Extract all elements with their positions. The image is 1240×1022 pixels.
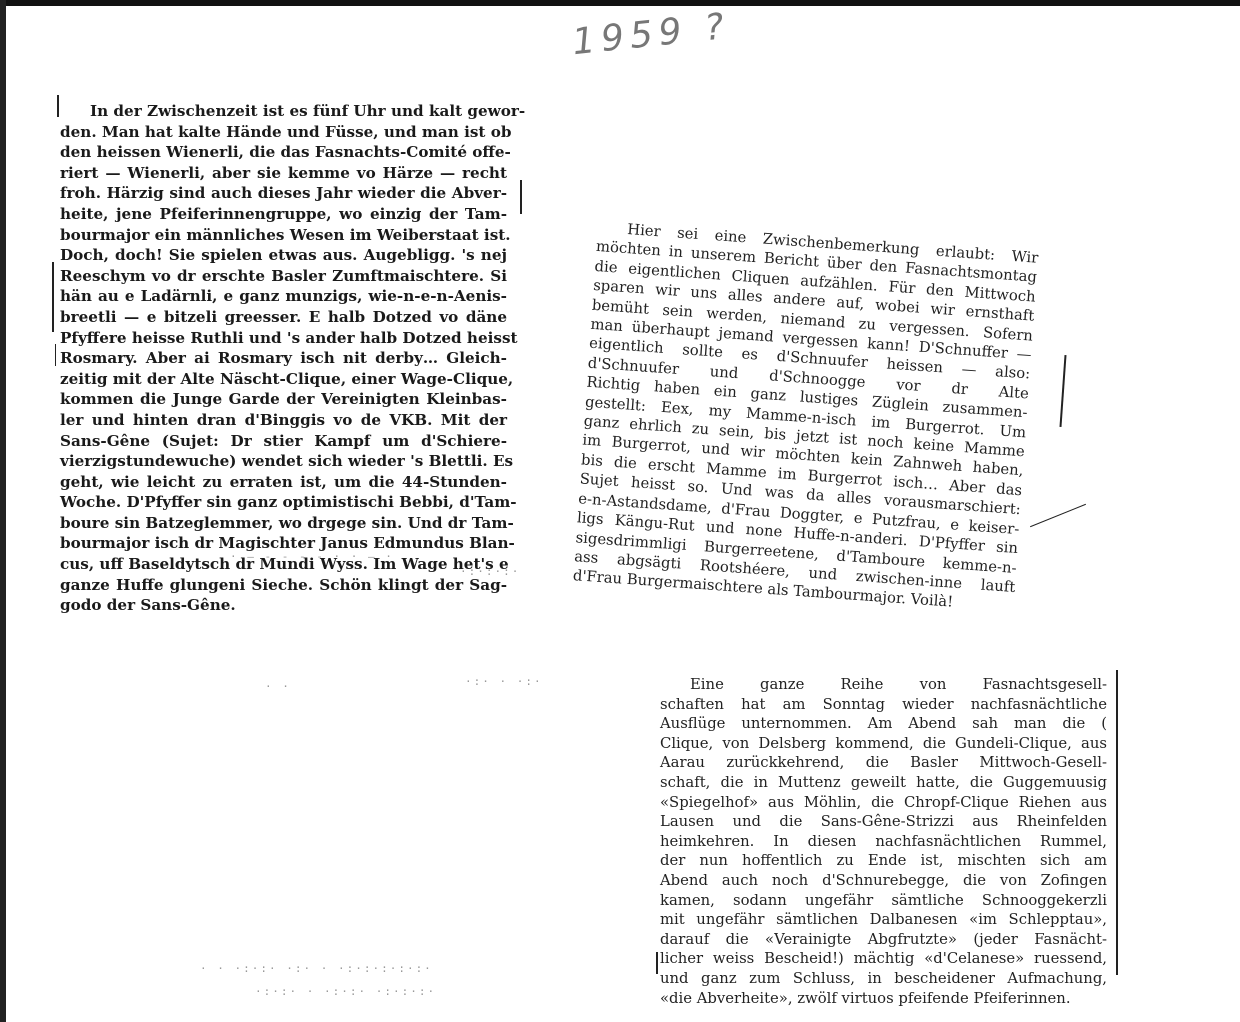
text-line: «die Abverheite», zwölf virtuos pfeifend… [660, 989, 1107, 1009]
faded-print: · · [265, 680, 291, 693]
pen-stroke [1030, 504, 1086, 527]
text-line: Rosmary. Aber ai Rosmary isch nit derby…… [60, 348, 507, 369]
faded-print: · — - - - - · · — · [230, 550, 394, 563]
text-line: bourmajor ein männliches Wesen im Weiber… [60, 225, 507, 246]
text-line: Clique, von Delsberg kommend, die Gundel… [660, 734, 1107, 754]
margin-mark [1059, 355, 1066, 427]
text-line: Sans-Gêne (Sujet: Dr stier Kampf um d'Sc… [60, 431, 507, 452]
text-line: breetli — e bitzeli greesser. E halb Dot… [60, 307, 507, 328]
article-clipping-1: In der Zwischenzeit ist es fünf Uhr und … [60, 101, 507, 616]
text-line: ler und hinten dran d'Binggis vo de VKB.… [60, 410, 507, 431]
text-line: darauf die «Verainigte Abgfrutzte» (jede… [660, 930, 1107, 950]
text-line: «Spiegelhof» aus Möhlin, die Chropf-Cliq… [660, 793, 1107, 813]
margin-mark [520, 180, 522, 214]
text-line: den heissen Wienerli, die das Fasnachts-… [60, 142, 507, 163]
text-line: froh. Härzig sind auch dieses Jahr wiede… [60, 183, 507, 204]
scan-top-edge [0, 0, 1240, 6]
text-line: geht, wie leicht zu erraten ist, um die … [60, 472, 507, 493]
text-line: Abend auch noch d'Schnurebegge, die von … [660, 871, 1107, 891]
faded-print: ·:·:· · ·:·:· ·:·:·:· [255, 985, 436, 998]
text-line: und ganz zum Schluss, in bescheidener Au… [660, 969, 1107, 989]
text-line: Reeschym vo dr erschte Basler Zumftmaisc… [60, 266, 507, 287]
text-line: licher weiss Bescheid!) mächtig «d'Celan… [660, 949, 1107, 969]
text-line: heimkehren. In diesen nachfasnächtlichen… [660, 832, 1107, 852]
margin-mark [656, 952, 658, 974]
text-line: Ausflüge unternommen. Am Abend sah man d… [660, 714, 1107, 734]
text-line: Woche. D'Pfyffer sin ganz optimistischi … [60, 492, 507, 513]
text-line: Pfyffere heisse Ruthli und 's ander halb… [60, 328, 507, 349]
text-line: vierzigstundewuche) wendet sich wieder '… [60, 451, 507, 472]
text-line: boure sin Batzeglemmer, wo drgege sin. U… [60, 513, 507, 534]
faded-print: · · ·:·:· ·:· · ·:·:·:·:·:· [200, 962, 433, 975]
text-line: heite, jene Pfeiferinnengruppe, wo einzi… [60, 204, 507, 225]
text-line: riert — Wienerli, aber sie kemme vo Härz… [60, 163, 507, 184]
text-line: In der Zwischenzeit ist es fünf Uhr und … [60, 101, 507, 122]
text-line: Doch, doch! Sie spielen etwas aus. Augeb… [60, 245, 507, 266]
article-clipping-3: Eine ganze Reihe von Fasnachtsgesell-sch… [660, 675, 1107, 1008]
text-line: kamen, sodann ungefähr sämtliche Schnoog… [660, 891, 1107, 911]
text-line: der nun hoffentlich zu Ende ist, mischte… [660, 851, 1107, 871]
text-line: schaften hat am Sonntag wieder nachfasnä… [660, 695, 1107, 715]
margin-mark [55, 344, 56, 366]
margin-mark [52, 262, 54, 332]
article-clipping-2: Hier sei eine Zwischenbemerkung erlaubt:… [572, 218, 1039, 617]
text-line: ganze Huffe glungeni Sieche. Schön kling… [60, 575, 507, 596]
margin-mark [57, 95, 59, 117]
faded-print: ·:· · ·:· [465, 675, 543, 688]
text-line: zeitig mit der Alte Näscht-Clique, einer… [60, 369, 507, 390]
text-line: Lausen und die Sans-Gêne-Strizzi aus Rhe… [660, 812, 1107, 832]
margin-mark [1116, 670, 1118, 975]
text-line: schaft, die in Muttenz geweilt hatte, di… [660, 773, 1107, 793]
faded-print: ·:·:·:· [460, 565, 520, 578]
text-line: hän au e Ladärnli, e ganz munzigs, wie-n… [60, 286, 507, 307]
text-line: mit ungefähr sämtlichen Dalbanesen «im S… [660, 910, 1107, 930]
handwritten-year-note: 1959 ? [570, 6, 732, 63]
scan-left-edge [0, 0, 6, 1022]
text-line: Aarau zurückkehrend, die Basler Mittwoch… [660, 753, 1107, 773]
text-line: godo der Sans-Gêne. [60, 595, 507, 616]
text-line: Eine ganze Reihe von Fasnachtsgesell- [660, 675, 1107, 695]
text-line: den. Man hat kalte Hände und Füsse, und … [60, 122, 507, 143]
text-line: kommen die Junge Garde der Vereinigten K… [60, 389, 507, 410]
